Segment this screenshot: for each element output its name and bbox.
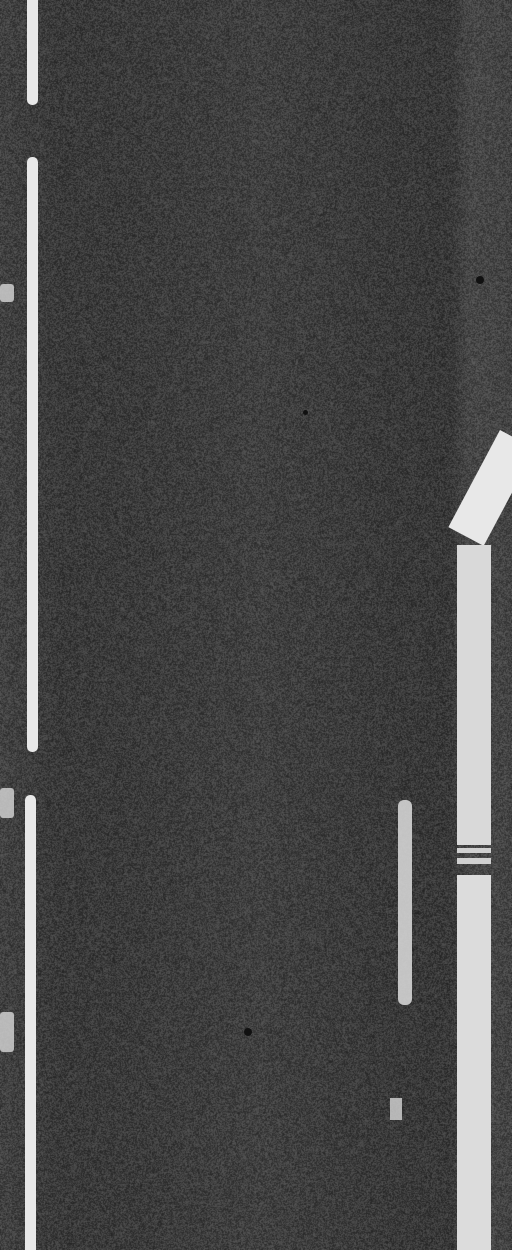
debris [244,1028,252,1036]
edge-line-marking [457,848,491,853]
worn-marking [390,1098,402,1120]
edge-marking [0,284,14,302]
lane-dash-marking [27,157,38,752]
worn-marking [398,800,412,1005]
lane-dash-marking [25,795,36,1250]
edge-marking [0,1012,14,1052]
road-surface [0,0,512,1250]
debris [476,276,484,284]
lane-dash-marking [27,0,38,105]
debris [303,410,308,415]
edge-marking [0,788,14,818]
edge-line-marking [457,858,491,864]
asphalt-texture [0,0,512,1250]
edge-line-marking [457,545,491,845]
edge-line-marking [457,875,491,1250]
